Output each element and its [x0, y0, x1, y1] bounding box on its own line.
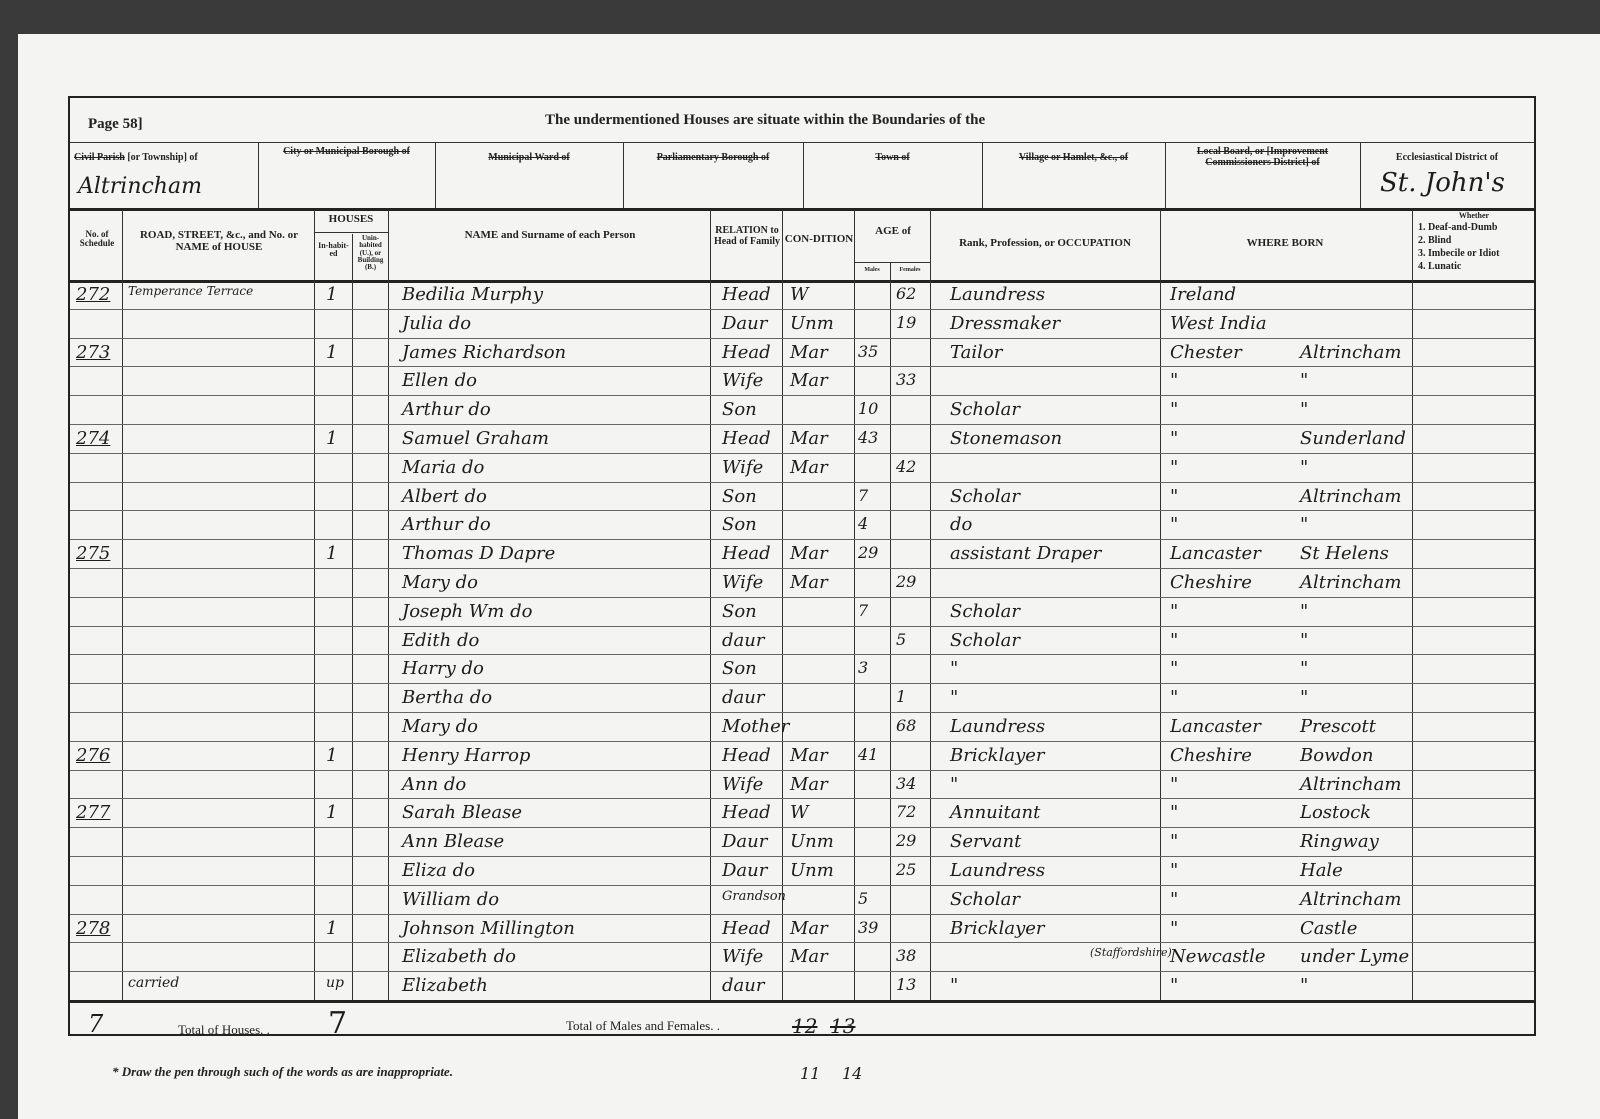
cell-age-female: 19: [896, 313, 916, 332]
col-header-schedule: No. of Schedule: [72, 230, 122, 249]
cell-age-male: 7: [858, 601, 868, 620]
cell-name: Eliza do: [402, 860, 475, 881]
col-header-whether-item: 4. Lunatic: [1418, 261, 1461, 272]
cell-born-county: ": [1170, 658, 1178, 679]
cell-born-place: Lostock: [1300, 802, 1371, 823]
cell-age-female: 29: [896, 831, 916, 850]
cell-relation: Daur: [722, 313, 767, 334]
cell-name: Ann do: [402, 774, 466, 795]
cell-age-male: 41: [858, 745, 878, 764]
recount-males: 11: [800, 1064, 820, 1083]
cell-condition: W: [790, 284, 809, 305]
cell-relation: Wife: [722, 946, 763, 967]
cell-age-male: 35: [858, 342, 878, 361]
cell-relation: Head: [722, 543, 771, 564]
cell-inhabited: 1: [326, 543, 337, 564]
cell-born-place: Altrincham: [1300, 486, 1401, 507]
total-males: 12: [792, 1014, 817, 1038]
cell-name: Bertha do: [402, 687, 492, 708]
cell-occupation: Scholar: [950, 486, 1020, 507]
total-houses-label: Total of Houses. .: [178, 1022, 270, 1038]
cell-inhabited: 1: [326, 284, 337, 305]
cell-born-place: ": [1300, 630, 1308, 651]
cell-relation: Daur: [722, 831, 767, 852]
cell-name: Mary do: [402, 572, 478, 593]
cell-age-male: 29: [858, 543, 878, 562]
cell-born-county: ": [1170, 802, 1178, 823]
cell-occupation: Scholar: [950, 889, 1020, 910]
cell-born-place: Altrincham: [1300, 572, 1401, 593]
cell-schedule: 272: [76, 284, 110, 305]
cell-born-place: ": [1300, 399, 1308, 420]
cell-age-male: 4: [858, 514, 868, 533]
cell-schedule: 273: [76, 342, 110, 363]
cell-age-female: 72: [896, 802, 916, 821]
cell-relation: Son: [722, 486, 757, 507]
cell-name: Mary do: [402, 716, 478, 737]
col-header-whether-item: 3. Imbecile or Idiot: [1418, 248, 1499, 259]
cell-relation: Mother: [722, 716, 789, 737]
col-header-occupation: Rank, Profession, or OCCUPATION: [940, 238, 1150, 250]
cell-relation: Son: [722, 399, 757, 420]
cell-occupation: Laundress: [950, 284, 1045, 305]
cell-condition: Mar: [790, 774, 828, 795]
cell-condition: Mar: [790, 745, 828, 766]
cell-occupation: Tailor: [950, 342, 1002, 363]
cell-name: Albert do: [402, 486, 487, 507]
table-row: [70, 597, 1534, 626]
col-header-inhabited: In-habit-ed: [315, 242, 352, 259]
cell-condition: Unm: [790, 831, 834, 852]
cell-relation: Son: [722, 514, 757, 535]
cell-relation: daur: [722, 630, 764, 651]
cell-occupation: assistant Draper: [950, 543, 1101, 564]
cell-born-county: Cheshire: [1170, 745, 1252, 766]
boundary-label-township: Civil Parish [or Township] of: [74, 152, 198, 163]
col-header-name: NAME and Surname of each Person: [410, 230, 690, 242]
cell-condition: Unm: [790, 860, 834, 881]
cell-relation: Wife: [722, 774, 763, 795]
table-row: [70, 971, 1534, 1000]
cell-occupation: Laundress: [950, 860, 1045, 881]
cell-occupation: Dressmaker: [950, 313, 1060, 334]
boundary-label-1: City or Municipal Borough of: [264, 146, 429, 157]
cell-name: Arthur do: [402, 514, 491, 535]
boundary-label-5: Village or Hamlet, &c., of: [988, 152, 1159, 163]
cell-inhabited: 1: [326, 342, 337, 363]
cell-born-county: ": [1170, 918, 1178, 939]
cell-occupation: Bricklayer: [950, 745, 1045, 766]
cell-born-place: Hale: [1300, 860, 1343, 881]
cell-age-male: 10: [858, 399, 878, 418]
total-houses-value: 7: [328, 1006, 347, 1041]
col-header-houses: HOUSES: [314, 214, 388, 226]
cell-name: Elizabeth do: [402, 946, 516, 967]
cell-name: Ann Blease: [402, 831, 504, 852]
cell-name: Maria do: [402, 457, 484, 478]
cell-age-male: 43: [858, 428, 878, 447]
cell-relation: Head: [722, 745, 771, 766]
cell-age-female: 42: [896, 457, 916, 476]
cell-born-place: Altrincham: [1300, 889, 1401, 910]
cell-born-place: Ringway: [1300, 831, 1379, 852]
cell-age-female: 1: [896, 687, 906, 706]
cell-name: Johnson Millington: [402, 918, 575, 939]
cell-occupation: Scholar: [950, 601, 1020, 622]
cell-schedule: 277: [76, 802, 110, 823]
col-header-road: ROAD, STREET, &c., and No. or NAME of HO…: [128, 230, 310, 253]
cell-name: Bedilia Murphy: [402, 284, 543, 305]
cell-born-place: Altrincham: [1300, 342, 1401, 363]
boundary-label-6: Local Board, or [Improvement Commissione…: [1171, 146, 1354, 168]
cell-born-place: Bowdon: [1300, 745, 1373, 766]
table-row: [70, 395, 1534, 424]
cell-age-female: 33: [896, 370, 916, 389]
total-persons-label: Total of Males and Females. .: [566, 1018, 720, 1034]
cell-born-county: Newcastle: [1170, 946, 1266, 967]
census-form: Page 58] The undermentioned Houses are s…: [68, 96, 1536, 1036]
col-header-uninhabited: Unin-habited (U.), or Building (B.): [353, 235, 388, 272]
cell-born-county: ": [1170, 831, 1178, 852]
cell-name: Julia do: [402, 313, 471, 334]
col-header-where-born: WHERE BORN: [1170, 238, 1400, 250]
cell-road: Temperance Terrace: [128, 284, 253, 298]
cell-condition: Unm: [790, 313, 834, 334]
cell-age-male: 7: [858, 486, 868, 505]
col-header-condition: CON-DITION: [784, 234, 854, 246]
cell-born-county: ": [1170, 774, 1178, 795]
cell-born-county: Lancaster: [1170, 543, 1261, 564]
cell-inhabited: 1: [326, 918, 337, 939]
cell-name: Sarah Blease: [402, 802, 522, 823]
cell-name: Edith do: [402, 630, 479, 651]
col-header-whether-item: 1. Deaf-and-Dumb: [1418, 222, 1497, 233]
cell-name: Ellen do: [402, 370, 477, 391]
cell-born-place: Prescott: [1300, 716, 1376, 737]
cell-name: Harry do: [402, 658, 484, 679]
cell-born-county: ": [1170, 975, 1178, 996]
table-row: [70, 510, 1534, 539]
col-header-whether-title: Whether: [1414, 212, 1534, 220]
cell-relation: Daur: [722, 860, 767, 881]
boundary-value-township: Altrincham: [78, 174, 202, 199]
cell-relation: daur: [722, 975, 764, 996]
cell-relation: Head: [722, 802, 771, 823]
cell-occupation: ": [950, 658, 958, 679]
cell-name: Elizabeth: [402, 975, 488, 996]
cell-born-county: ": [1170, 514, 1178, 535]
cell-born-county: ": [1170, 457, 1178, 478]
totals-margin-mark: 7: [88, 1010, 103, 1038]
cell-born-county: Chester: [1170, 342, 1242, 363]
cell-born-place: ": [1300, 687, 1308, 708]
cell-road: carried: [128, 975, 179, 991]
cell-born-county: Lancaster: [1170, 716, 1261, 737]
cell-occupation: (Staffordshire): [1090, 946, 1172, 959]
cell-relation: Head: [722, 428, 771, 449]
cell-occupation: Laundress: [950, 716, 1045, 737]
cell-inhabited: up: [326, 975, 344, 991]
recount-females: 14: [842, 1064, 862, 1083]
cell-age-female: 38: [896, 946, 916, 965]
cell-born-place: St Helens: [1300, 543, 1389, 564]
cell-name: Thomas D Dapre: [402, 543, 555, 564]
cell-born-county: ": [1170, 370, 1178, 391]
cell-born-place: ": [1300, 370, 1308, 391]
cell-condition: Mar: [790, 543, 828, 564]
cell-age-male: 39: [858, 918, 878, 937]
cell-occupation: Scholar: [950, 630, 1020, 651]
cell-condition: Mar: [790, 946, 828, 967]
cell-born-place: Castle: [1300, 918, 1357, 939]
cell-relation: Grandson: [722, 889, 786, 904]
cell-age-female: 13: [896, 975, 916, 994]
col-header-whether-item: 2. Blind: [1418, 235, 1451, 246]
cell-age-female: 5: [896, 630, 906, 649]
cell-born-county: ": [1170, 486, 1178, 507]
cell-occupation: Stonemason: [950, 428, 1062, 449]
cell-born-county: ": [1170, 687, 1178, 708]
cell-occupation: Bricklayer: [950, 918, 1045, 939]
page-title: The undermentioned Houses are situate wi…: [545, 112, 985, 129]
boundary-label-2: Municipal Ward of: [441, 152, 617, 163]
col-header-relation: RELATION to Head of Family: [712, 226, 782, 247]
boundary-value-ecclesiastical: St. John's: [1380, 168, 1505, 198]
cell-born-place: ": [1300, 601, 1308, 622]
cell-occupation: ": [950, 774, 958, 795]
cell-occupation: Servant: [950, 831, 1021, 852]
cell-name: Arthur do: [402, 399, 491, 420]
cell-condition: Mar: [790, 572, 828, 593]
cell-age-male: 3: [858, 658, 868, 677]
page-number: Page 58]: [88, 116, 143, 133]
cell-born-county: ": [1170, 630, 1178, 651]
cell-inhabited: 1: [326, 802, 337, 823]
cell-condition: Mar: [790, 918, 828, 939]
cell-schedule: 275: [76, 543, 110, 564]
cell-occupation: do: [950, 514, 972, 535]
cell-inhabited: 1: [326, 745, 337, 766]
cell-condition: Mar: [790, 428, 828, 449]
cell-occupation: Scholar: [950, 399, 1020, 420]
cell-condition: Mar: [790, 342, 828, 363]
cell-relation: Wife: [722, 457, 763, 478]
cell-born-county: ": [1170, 428, 1178, 449]
cell-born-county: ": [1170, 889, 1178, 910]
cell-relation: daur: [722, 687, 764, 708]
total-females: 13: [830, 1014, 855, 1038]
footnote: * Draw the pen through such of the words…: [112, 1064, 453, 1080]
cell-born-county: ": [1170, 601, 1178, 622]
cell-born-place: Sunderland: [1300, 428, 1406, 449]
cell-inhabited: 1: [326, 428, 337, 449]
cell-condition: Mar: [790, 457, 828, 478]
cell-born-county: Cheshire: [1170, 572, 1252, 593]
cell-relation: Head: [722, 284, 771, 305]
cell-name: William do: [402, 889, 499, 910]
cell-born-place: ": [1300, 658, 1308, 679]
cell-born-county: Ireland: [1170, 284, 1236, 305]
cell-relation: Head: [722, 342, 771, 363]
table-row: [70, 626, 1534, 655]
cell-relation: Son: [722, 658, 757, 679]
cell-name: Henry Harrop: [402, 745, 530, 766]
boundary-label-4: Town of: [809, 152, 976, 163]
boundary-label-7: Ecclesiastical District of: [1366, 152, 1528, 163]
cell-born-place: ": [1300, 514, 1308, 535]
cell-age-female: 29: [896, 572, 916, 591]
cell-occupation: ": [950, 975, 958, 996]
cell-age-female: 62: [896, 284, 916, 303]
cell-name: Joseph Wm do: [402, 601, 532, 622]
cell-born-county: West India: [1170, 313, 1267, 334]
cell-born-place: under Lyme: [1300, 946, 1409, 967]
cell-name: James Richardson: [402, 342, 566, 363]
cell-relation: Wife: [722, 572, 763, 593]
cell-condition: Mar: [790, 370, 828, 391]
table-row: [70, 683, 1534, 712]
cell-condition: W: [790, 802, 809, 823]
cell-relation: Son: [722, 601, 757, 622]
col-header-females: Females: [890, 267, 930, 273]
cell-born-county: ": [1170, 860, 1178, 881]
table-row: [70, 654, 1534, 683]
col-header-age: AGE of: [856, 226, 930, 238]
cell-born-place: ": [1300, 975, 1308, 996]
cell-born-place: ": [1300, 457, 1308, 478]
cell-age-female: 34: [896, 774, 916, 793]
cell-occupation: ": [950, 687, 958, 708]
cell-name: Samuel Graham: [402, 428, 549, 449]
cell-born-county: ": [1170, 399, 1178, 420]
cell-age-female: 68: [896, 716, 916, 735]
cell-relation: Head: [722, 918, 771, 939]
cell-schedule: 278: [76, 918, 110, 939]
cell-schedule: 274: [76, 428, 110, 449]
cell-age-female: 25: [896, 860, 916, 879]
cell-age-male: 5: [858, 889, 868, 908]
boundary-label-3: Parliamentary Borough of: [629, 152, 797, 163]
cell-relation: Wife: [722, 370, 763, 391]
cell-born-place: Altrincham: [1300, 774, 1401, 795]
col-header-males: Males: [854, 267, 890, 273]
cell-occupation: Annuitant: [950, 802, 1040, 823]
cell-schedule: 276: [76, 745, 110, 766]
